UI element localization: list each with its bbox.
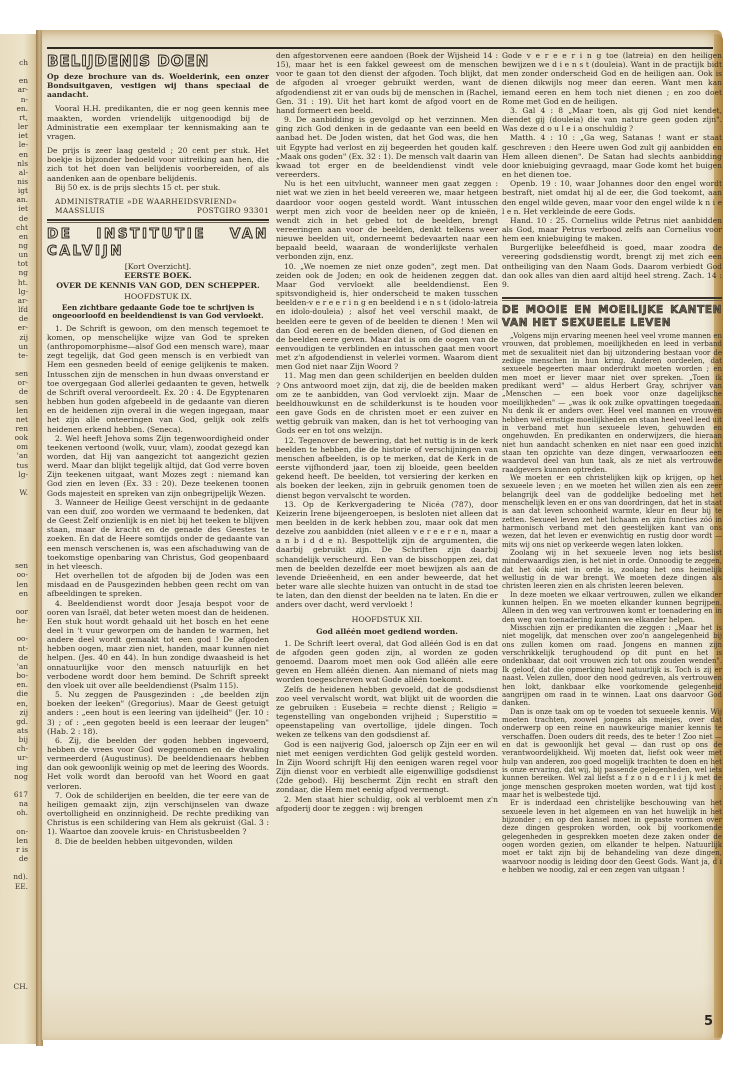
paragraph: God is een naijverig God, jaloersch op Z… [276,740,498,795]
left-page-fragment: en. [17,104,28,113]
left-page-fragment: nt- [18,644,28,653]
chapter-heading: Een zichtbare gedaante Gode toe te schri… [47,304,269,321]
left-page-fragment: de [19,854,28,863]
paragraph: 1. De Schrift is gewoon, om den mensch t… [47,324,269,434]
left-page-fragment: de [19,214,28,223]
left-page-fragment: 'an [17,451,28,460]
left-page-fragment: nis [17,177,28,186]
left-page-fragment: en, [17,699,28,708]
chapter12-body: 1. De Schrift leert overal, dat God allé… [276,639,498,813]
left-page-fragment: cht [16,223,28,232]
paragraph: Matth. 4 : 10 : „Ga weg, Satanas ! want … [502,133,722,179]
paragraph: We moeten er een christelijken kijk op k… [502,474,722,549]
left-page-fragment: en [19,76,28,85]
paragraph: Misschien zijn er predikanten die zeggen… [502,624,722,707]
left-page-fragment: de [19,387,28,396]
left-page-fragment: ar- [18,85,28,94]
left-page-fragment: ch- [17,744,28,753]
left-page-fragment: len [17,836,29,845]
paragraph: 9. De aanbidding is gevolgd op het verzi… [276,115,498,179]
article1-p2: Vooral H.H. predikanten, die er nog geen… [47,104,269,141]
left-page-fragment: lfd [18,305,28,314]
left-page-fragment: 'an [17,662,28,671]
divider [502,297,722,301]
left-page-fragment: na [19,799,28,808]
left-page-fragment: de [19,653,28,662]
article3-body: „Volgens mijn ervaring meenen heel veel … [502,332,722,874]
left-page-fragment: om [17,442,28,451]
paragraph: „Volgens mijn ervaring meenen heel veel … [502,332,722,474]
admin-line-2: MAASSLUIS POSTGIRO 93301 [47,206,269,215]
left-page-fragment: ook [15,433,28,442]
left-page-fragment: or- [18,378,28,387]
left-page-edge: chenar-n-en.rt,lerietle-ennlsal-nisigtan… [0,34,40,1044]
left-page-fragment: sen [15,561,28,570]
left-page-fragment: al- [19,168,28,177]
left-page-fragment: len [17,406,29,415]
paragraph: Hand. 10 : 25. Cornelius wilde Petrus ni… [502,216,722,243]
article2-subtitle: [Kort Overzicht]. [47,262,269,271]
paragraph: Nu is het een uitvlucht, wanneer men gaa… [276,179,498,261]
left-page-fragment: net [16,415,28,424]
paragraph: Dan is onze taak om op te voeden tot sex… [502,708,722,800]
paragraph: 2. Men staat hier schuldig, ook al verbl… [276,795,498,813]
article1-p4: Bij 50 ex. is de prijs slechts 15 ct. pe… [47,183,269,192]
column-2: den afgestorvenen eere aandoen (Boek der… [276,51,498,813]
left-page-fragment: ing [16,763,28,772]
left-page-fragment: r is [16,845,28,854]
paragraph: Het overhellen tot de afgoden bij de Jod… [47,571,269,598]
paragraph: 4. Beeldendienst wordt door Jesaja bespo… [47,599,269,691]
admin-city: MAASSLUIS [55,206,105,215]
left-page-fragment: he- [16,616,28,625]
paragraph: 1. De Schrift leert overal, dat God allé… [276,639,498,685]
left-page-fragment: ht. [18,278,28,287]
paragraph: Burgerlijke beleefdheid is goed, maar zo… [502,243,722,289]
paragraph: In deze moeten we elkaar vertrouwen, zul… [502,591,722,624]
article2-col2-body: den afgestorvenen eere aandoen (Boek der… [276,51,498,610]
paragraph: 2. Wel heeft Jehova soms Zijn tegenwoord… [47,434,269,498]
paragraph: 10. „We noemen ze niet onze goden", zegt… [276,262,498,372]
left-page-fragment: sen [15,397,28,406]
left-page-fragment: de [19,314,28,323]
left-page-fragment: nls [17,159,28,168]
left-page-fragment: un [18,342,28,351]
left-page-fragment: nog [14,772,28,781]
column-1: BELIJDENIS DOEN Op deze brochure van ds.… [47,51,269,846]
paragraph: Zelfs de heidenen hebben gevoeld, dat de… [276,685,498,740]
left-page-fragment: 617 [14,790,28,799]
article-title-belijdenis-doen: BELIJDENIS DOEN [47,53,269,70]
left-page-fragment: nd). [13,872,28,881]
left-page-fragment: oo- [17,570,28,579]
left-page-fragment: ng [19,241,29,250]
article1-intro: Op deze brochure van ds. Woelderink, een… [47,72,269,99]
paragraph: den afgestorvenen eere aandoen (Boek der… [276,51,498,115]
left-page-fragment: ur- [17,753,28,762]
left-page-fragment: bo- [16,671,28,680]
article2-col3-body: Gode v e r e e r i n g toe (latreia) en … [502,51,722,289]
admin-line-1: ADMINISTRATIE »DE WAARHEIDSVRIEND« [47,197,269,206]
paragraph: 5. Nu zeggen de Pausgezinden : „de beeld… [47,690,269,736]
left-page-fragment: er- [18,323,28,332]
left-page-fragment: bij [19,735,28,744]
paragraph: Openb. 19 : 10, waar Johannes door den e… [502,179,722,216]
left-page-fragment: gd. [16,717,28,726]
paragraph: 8. Die de beelden hebben uitgevonden, wi… [47,837,269,846]
left-page-fragment: rt, [19,113,28,122]
left-page-fragment: tus [16,461,28,470]
left-page-fragment: te- [18,351,28,360]
left-page-fragment: en [19,232,28,241]
column-3: Gode v e r e e r i n g toe (latreia) en … [502,51,722,874]
left-page-fragment: die [17,689,28,698]
left-page-fragment: tot [18,259,28,268]
left-page-fragment: sen [15,369,28,378]
left-page-fragment: oor [16,607,28,616]
left-page-fragment: zij [19,708,28,717]
divider [47,219,269,223]
left-page-fragment: lg- [18,470,28,479]
left-page-fragment: an. [16,195,28,204]
paragraph: 3. Wanneer de Heilige Geest verschijnt i… [47,498,269,571]
article2-col1-body: 1. De Schrift is gewoon, om den mensch t… [47,324,269,846]
left-page-fragment: on- [16,827,28,836]
left-page-fragment: CH. [14,982,28,991]
left-page-fragment: en [19,150,28,159]
paragraph: 12. Tegenover de bewering, dat het nutti… [276,436,498,500]
paragraph: 11. Mag men dan geen schilderijen en bee… [276,371,498,435]
article1-p3: De prijs is zeer laag gesteld ; 20 cent … [47,146,269,183]
page-number: 5 [704,1014,713,1029]
book-title: OVER DE KENNIS VAN GOD, DEN SCHEPPER. [47,281,269,290]
left-page-fragment: ats [17,726,28,735]
left-page-fragment: en [19,589,28,598]
left-page-fragment: iet [18,131,28,140]
left-page-fragment: n- [21,95,28,104]
article-title-institutie: DE INSTITUTIE VAN CALVIJN [47,226,269,260]
left-page-fragment: oh. [16,808,28,817]
chapter2-label: HOOFDSTUK XII. [276,615,498,624]
left-page-fragment: un [18,250,28,259]
left-page-fragment: len [17,580,29,589]
left-page-fragment: le- [19,140,28,149]
paragraph: 3. Gal 4 : 8 „Maar toen, als gij God nie… [502,106,722,133]
left-page-fragment: ch [19,58,28,67]
left-page-fragment: EE. [15,882,28,891]
admin-name: ADMINISTRATIE »DE WAARHEIDSVRIEND« [55,197,237,206]
left-page-fragment: lg- [18,287,28,296]
chapter2-heading: God alléén moet gediend worden. [276,627,498,636]
left-page-fragment: ren [15,424,28,433]
left-page-fragment: zij [19,333,28,342]
article-title-sexueele-leven: DE MOOIE EN MOEILIJKE KANTEN VAN HET SEX… [502,304,722,330]
top-rule [47,47,713,49]
left-page-fragment: iet [18,204,28,213]
paragraph: Gode v e r e e r i n g toe (latreia) en … [502,51,722,106]
left-page-fragment: en. [17,680,28,689]
left-page-fragment: oo- [17,634,28,643]
paragraph: 13. Op de Kerkvergadering te Nicéa (787)… [276,500,498,610]
left-page-fragment: ng [19,268,29,277]
admin-postgiro: POSTGIRO 93301 [197,206,269,215]
paragraph: Er is inderdaad een christelijke beschou… [502,799,722,874]
left-page-fragment: ler [18,122,28,131]
left-page-fragment: igt [18,186,28,195]
paragraph: 6. Zij, die beelden der goden hebben ing… [47,736,269,791]
book-label: EERSTE BOEK. [47,271,269,280]
left-page-fragment: W. [19,488,28,497]
paragraph: 7. Ook de schilderijen en beelden, die t… [47,791,269,837]
paragraph: Zoolang wij in het sexueele leven nog ie… [502,549,722,591]
chapter-label: HOOFDSTUK IX. [47,292,269,301]
left-page-fragment: ar- [18,296,28,305]
